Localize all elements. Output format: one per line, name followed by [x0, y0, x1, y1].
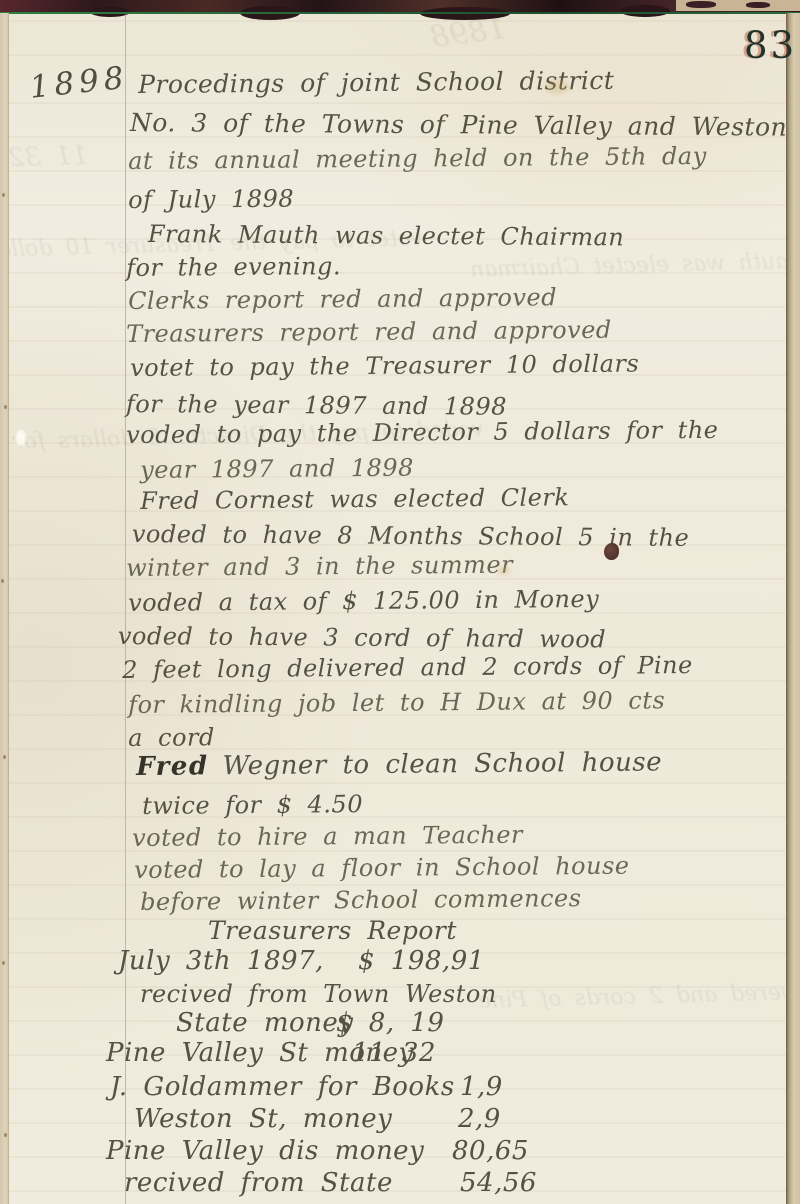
- manuscript-line: winter and 3 in the summer: [126, 551, 513, 582]
- manuscript-line: Fred Cornest was elected Clerk: [140, 483, 570, 515]
- ledger-amount: 80,65: [452, 1136, 529, 1166]
- ledger-label: recived from State: [124, 1168, 393, 1198]
- manuscript-line: before winter School commences: [140, 884, 582, 916]
- binding-green-line: [0, 12, 800, 14]
- paper-stain: [498, 566, 510, 575]
- manuscript-line: voded to have 3 cord of hard wood: [118, 622, 606, 653]
- manuscript-line: at its annual meeting held on the 5th da…: [128, 142, 707, 175]
- ledger-label: recived from Town Weston: [140, 980, 497, 1008]
- ledger-amount: 1,9: [460, 1072, 503, 1102]
- manuscript-line: voded a tax of $ 125.00 in Money: [128, 585, 599, 617]
- manuscript-line: for the year 1897 and 1898: [126, 390, 507, 421]
- manuscript-line: No. 3 of the Towns of Pine Valley and We…: [130, 108, 787, 142]
- ledger-label: J. Goldammer for Books: [110, 1072, 455, 1102]
- manuscript-line: for kindling job let to H Dux at 90 cts: [128, 686, 665, 719]
- manuscript-line: for the evening.: [126, 252, 341, 282]
- ledger-row: State money $ 8, 19: [0, 1008, 800, 1042]
- ledger-row: J. Goldammer for Books 1,9: [0, 1072, 800, 1106]
- ledger-row: Pine Valley St money 11 32: [0, 1038, 800, 1072]
- manuscript-line-text: Wegner to clean School house: [222, 747, 662, 781]
- manuscript-line: voted to lay a floor in School house: [134, 852, 630, 884]
- ledger-amount: 11 32: [352, 1038, 436, 1068]
- manuscript-line: twice for $ 4.50: [142, 790, 363, 820]
- ledger-label: Pine Valley dis money: [106, 1136, 424, 1166]
- paper-stain: [545, 80, 569, 94]
- manuscript-line: Frank Mauth was electet Chairman: [148, 220, 625, 251]
- ledger-row: Pine Valley dis money 80,65: [0, 1136, 800, 1170]
- manuscript-line: Treasurers report red and approved: [126, 316, 612, 348]
- binding-torn-patch: [676, 0, 800, 11]
- manuscript-line: voded to pay the Director 5 dollars for …: [126, 416, 719, 449]
- ledger-label: Weston St, money: [134, 1104, 392, 1134]
- manuscript-line: 2 feet long delivered and 2 cords of Pin…: [122, 651, 693, 684]
- manuscript-line: a cord: [128, 723, 215, 752]
- margin-year: 1898: [28, 60, 130, 106]
- manuscript-line: Clerks report red and approved: [128, 283, 557, 315]
- ledger-amount: $ 8, 19: [336, 1008, 444, 1038]
- emphasized-name: Fred: [136, 751, 209, 782]
- bleed-through-text: 11 32: [8, 141, 89, 173]
- ledger-amount: 2,9: [458, 1104, 501, 1134]
- manuscript-line: votet to pay the Treasurer 10 dollars: [130, 350, 639, 382]
- manuscript-line: of July 1898: [128, 185, 294, 214]
- paper-tear: [16, 430, 26, 446]
- ledger-amount: $ 198,91: [358, 946, 485, 976]
- manuscript-line: voted to hire a man Teacher: [132, 821, 523, 852]
- ink-blot: [604, 543, 619, 560]
- ledger-page-scan: votet to pay the Treasurer 10 dollars vo…: [0, 0, 800, 1204]
- manuscript-line: Procedings of joint School district: [138, 66, 615, 99]
- ledger-label: July 3th 1897,: [118, 946, 324, 976]
- ledger-label: State money: [176, 1008, 354, 1038]
- manuscript-line: year 1897 and 1898: [140, 454, 414, 484]
- bleed-through-text: Frank Mauth was electet Chairman: [470, 247, 800, 283]
- ledger-row: July 3th 1897, $ 198,91: [0, 946, 800, 980]
- page-number: 83: [744, 24, 797, 67]
- manuscript-line: FredWegner to clean School house: [136, 747, 662, 782]
- ledger-amount: 54,56: [460, 1168, 537, 1198]
- ledger-row: recived from State 54,56: [0, 1168, 800, 1202]
- treasurer-report-heading: Treasurers Report: [208, 916, 457, 945]
- ledger-row: Weston St, money 2,9: [0, 1104, 800, 1138]
